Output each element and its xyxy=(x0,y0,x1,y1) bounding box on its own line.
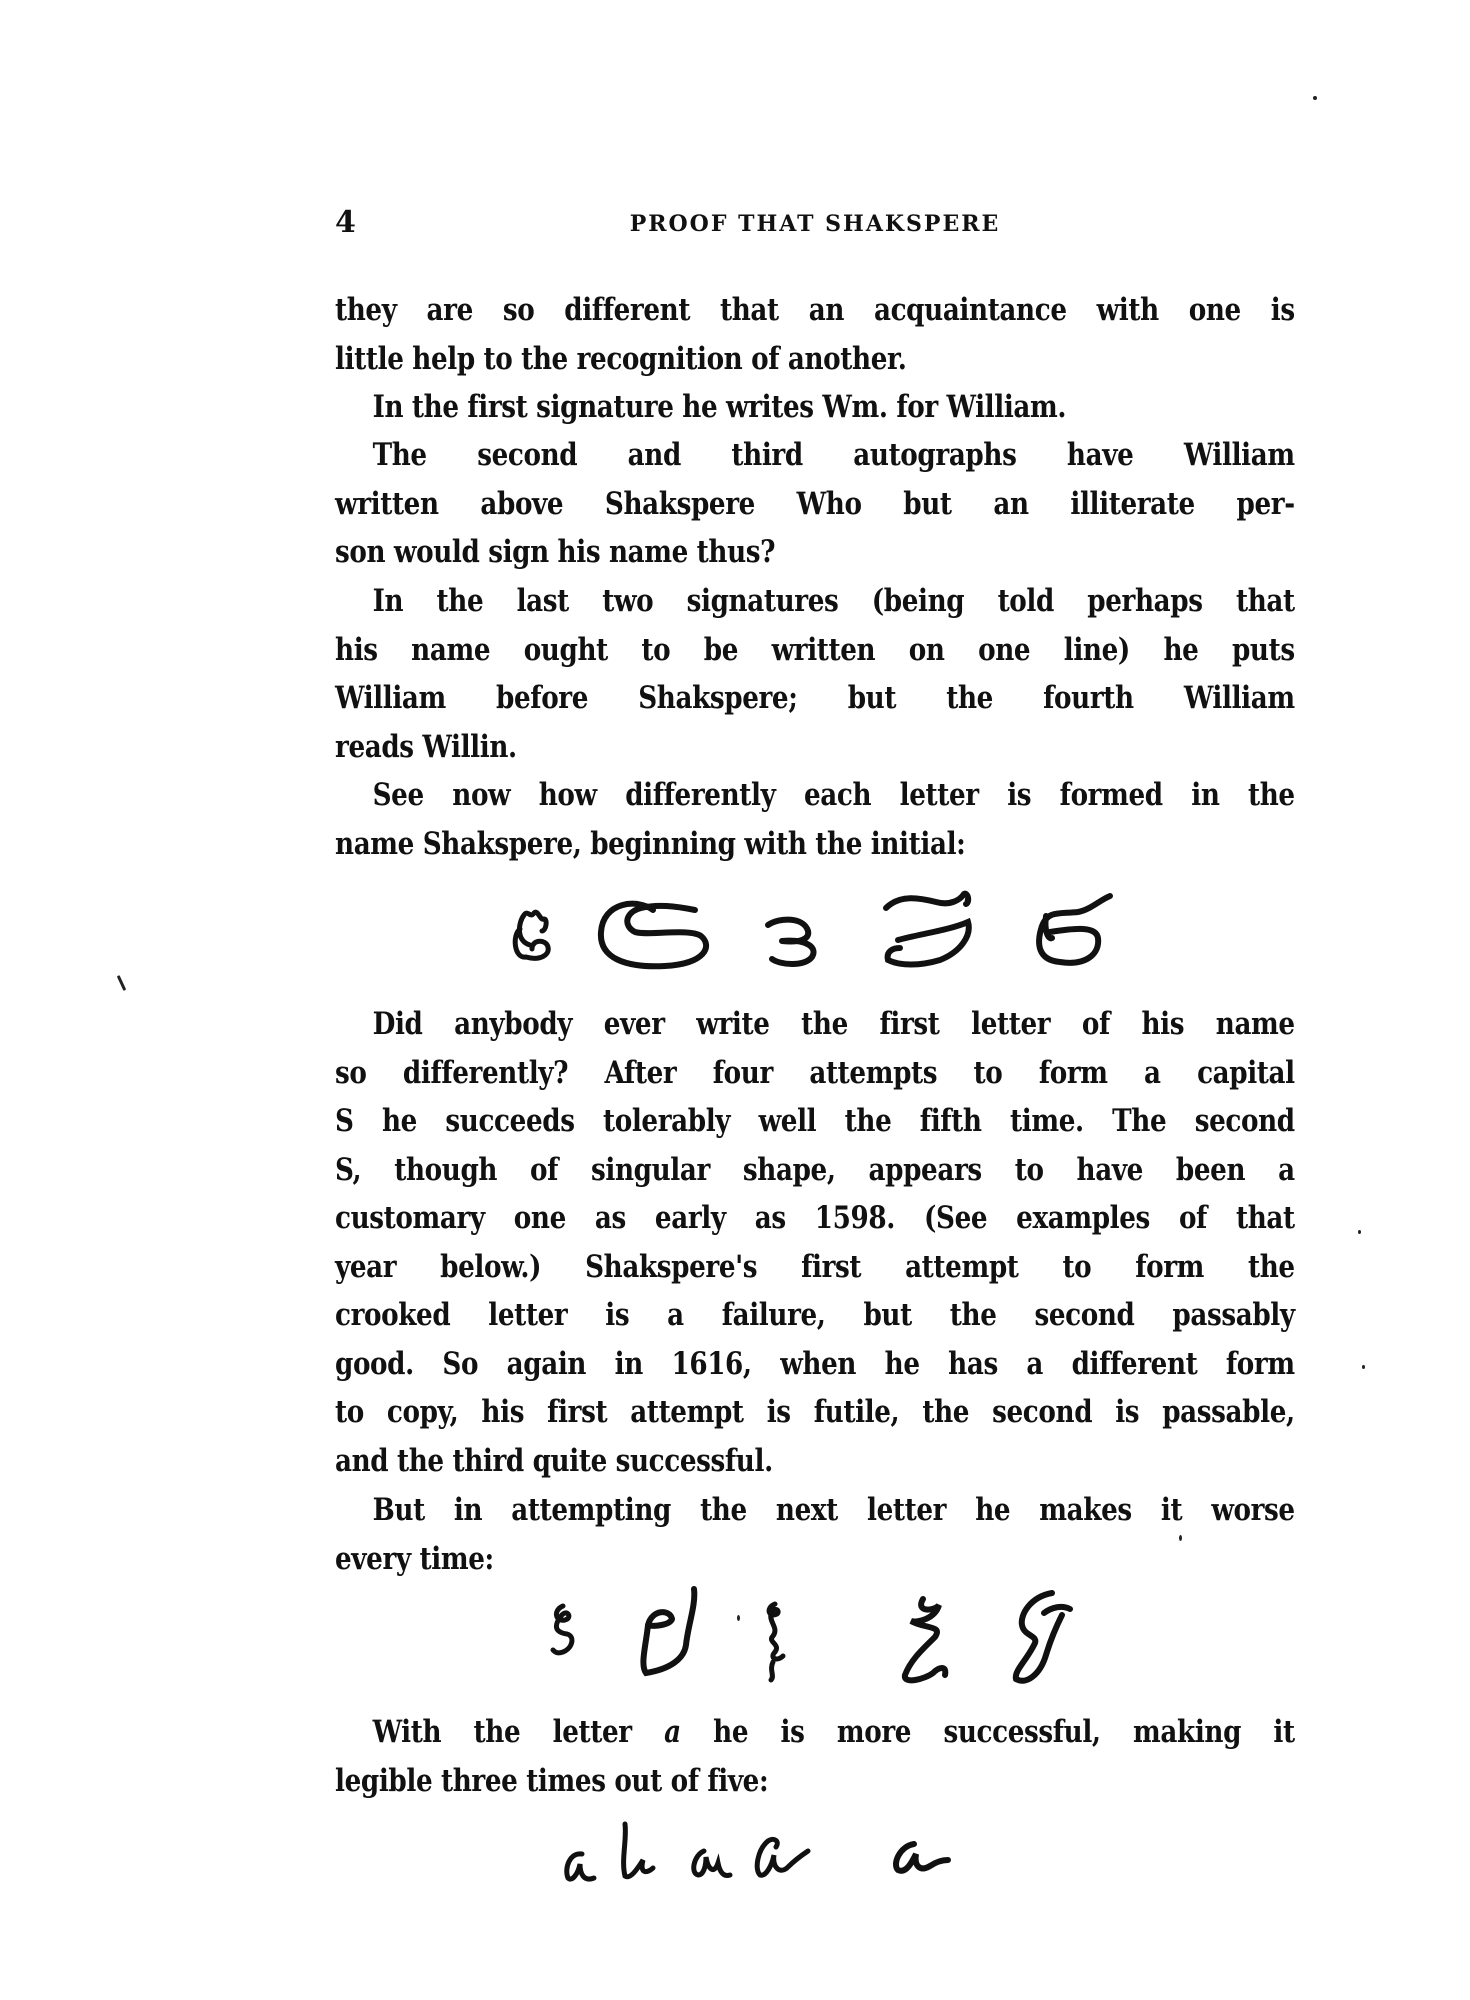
italic-a: a xyxy=(664,1714,681,1750)
text-line: In the last two signatures (being told p… xyxy=(335,577,1295,626)
handwritten-s-5-icon xyxy=(1030,890,1116,970)
text-line: reads Willin. xyxy=(335,723,1295,772)
text-line: legible three times out of five: xyxy=(335,1757,1295,1806)
text-line: William before Shakspere; but the fourth… xyxy=(335,674,1295,723)
paragraph-2: In the first signature he writes Wm. for… xyxy=(335,383,1295,432)
scan-speck xyxy=(1362,1365,1365,1369)
handwritten-h-4-icon xyxy=(895,1595,965,1690)
text-line: to copy, his first attempt is futile, th… xyxy=(335,1388,1295,1437)
scan-speck xyxy=(1179,1535,1182,1541)
scanned-page: 4 PROOF THAT SHAKSPERE they are so diffe… xyxy=(0,0,1470,2000)
running-head-title: PROOF THAT SHAKSPERE xyxy=(335,211,1295,237)
paragraph-7: But in attempting the next letter he mak… xyxy=(335,1486,1295,1583)
text-line: See now how differently each letter is f… xyxy=(335,771,1295,820)
handwritten-a-5-icon xyxy=(890,1838,950,1878)
text-line: customary one as early as 1598. (See exa… xyxy=(335,1194,1295,1243)
text-line: they are so different that an acquaintan… xyxy=(335,286,1295,335)
handwritten-a-3-icon xyxy=(688,1845,736,1881)
running-head: 4 PROOF THAT SHAKSPERE xyxy=(335,205,1295,245)
handwritten-a-2-icon xyxy=(615,1820,655,1886)
initial-s-specimens xyxy=(500,880,1120,990)
text-line: every time: xyxy=(335,1535,1295,1584)
text-line: The second and third autographs have Wil… xyxy=(335,431,1295,480)
text-line: But in attempting the next letter he mak… xyxy=(335,1486,1295,1535)
paragraph-6: Did anybody ever write the first letter … xyxy=(335,1000,1295,1485)
text-line: With the letter a he is more successful,… xyxy=(335,1708,1295,1757)
handwritten-a-4-icon xyxy=(752,1835,812,1881)
text-line: good. So again in 1616, when he has a di… xyxy=(335,1340,1295,1389)
text-line: and the third quite successful. xyxy=(335,1437,1295,1486)
scan-speck xyxy=(1313,96,1317,100)
text-line: Did anybody ever write the first letter … xyxy=(335,1000,1295,1049)
handwritten-h-1-icon xyxy=(545,1600,581,1662)
handwritten-s-1-icon xyxy=(510,905,562,967)
handwritten-h-3-icon xyxy=(755,1600,795,1685)
paragraph-4: In the last two signatures (being told p… xyxy=(335,577,1295,771)
text-line: name Shakspere, beginning with the initi… xyxy=(335,820,1295,869)
paragraph-1: they are so different that an acquaintan… xyxy=(335,286,1295,383)
scan-mark xyxy=(117,975,126,991)
text-line: In the first signature he writes Wm. for… xyxy=(335,383,1295,432)
handwritten-h-2-icon xyxy=(630,1585,710,1680)
ink-speck xyxy=(737,1615,740,1621)
text-line: son would sign his name thus? xyxy=(335,528,1295,577)
paragraph-3: The second and third autographs have Wil… xyxy=(335,431,1295,577)
text-line: year below.) Shakspere's first attempt t… xyxy=(335,1243,1295,1292)
handwritten-s-4-icon xyxy=(880,890,992,970)
paragraph-8: With the letter a he is more successful,… xyxy=(335,1708,1295,1805)
a-specimens xyxy=(560,1820,1040,1900)
text-line: so differently? After four attempts to f… xyxy=(335,1049,1295,1098)
text-line: his name ought to be written on one line… xyxy=(335,626,1295,675)
handwritten-a-1-icon xyxy=(560,1848,600,1884)
scan-speck xyxy=(1358,1230,1361,1234)
h-specimens xyxy=(530,1580,1090,1700)
paragraph-5: See now how differently each letter is f… xyxy=(335,771,1295,868)
handwritten-h-5-icon xyxy=(1000,1585,1080,1690)
handwritten-s-2-icon xyxy=(595,892,725,972)
text-line: written above Shakspere Who but an illit… xyxy=(335,480,1295,529)
handwritten-s-3-icon xyxy=(760,915,822,967)
text-line: S he succeeds tolerably well the fifth t… xyxy=(335,1097,1295,1146)
text-line: S, though of singular shape, appears to … xyxy=(335,1146,1295,1195)
text-line: little help to the recognition of anothe… xyxy=(335,335,1295,384)
text-line: crooked letter is a failure, but the sec… xyxy=(335,1291,1295,1340)
